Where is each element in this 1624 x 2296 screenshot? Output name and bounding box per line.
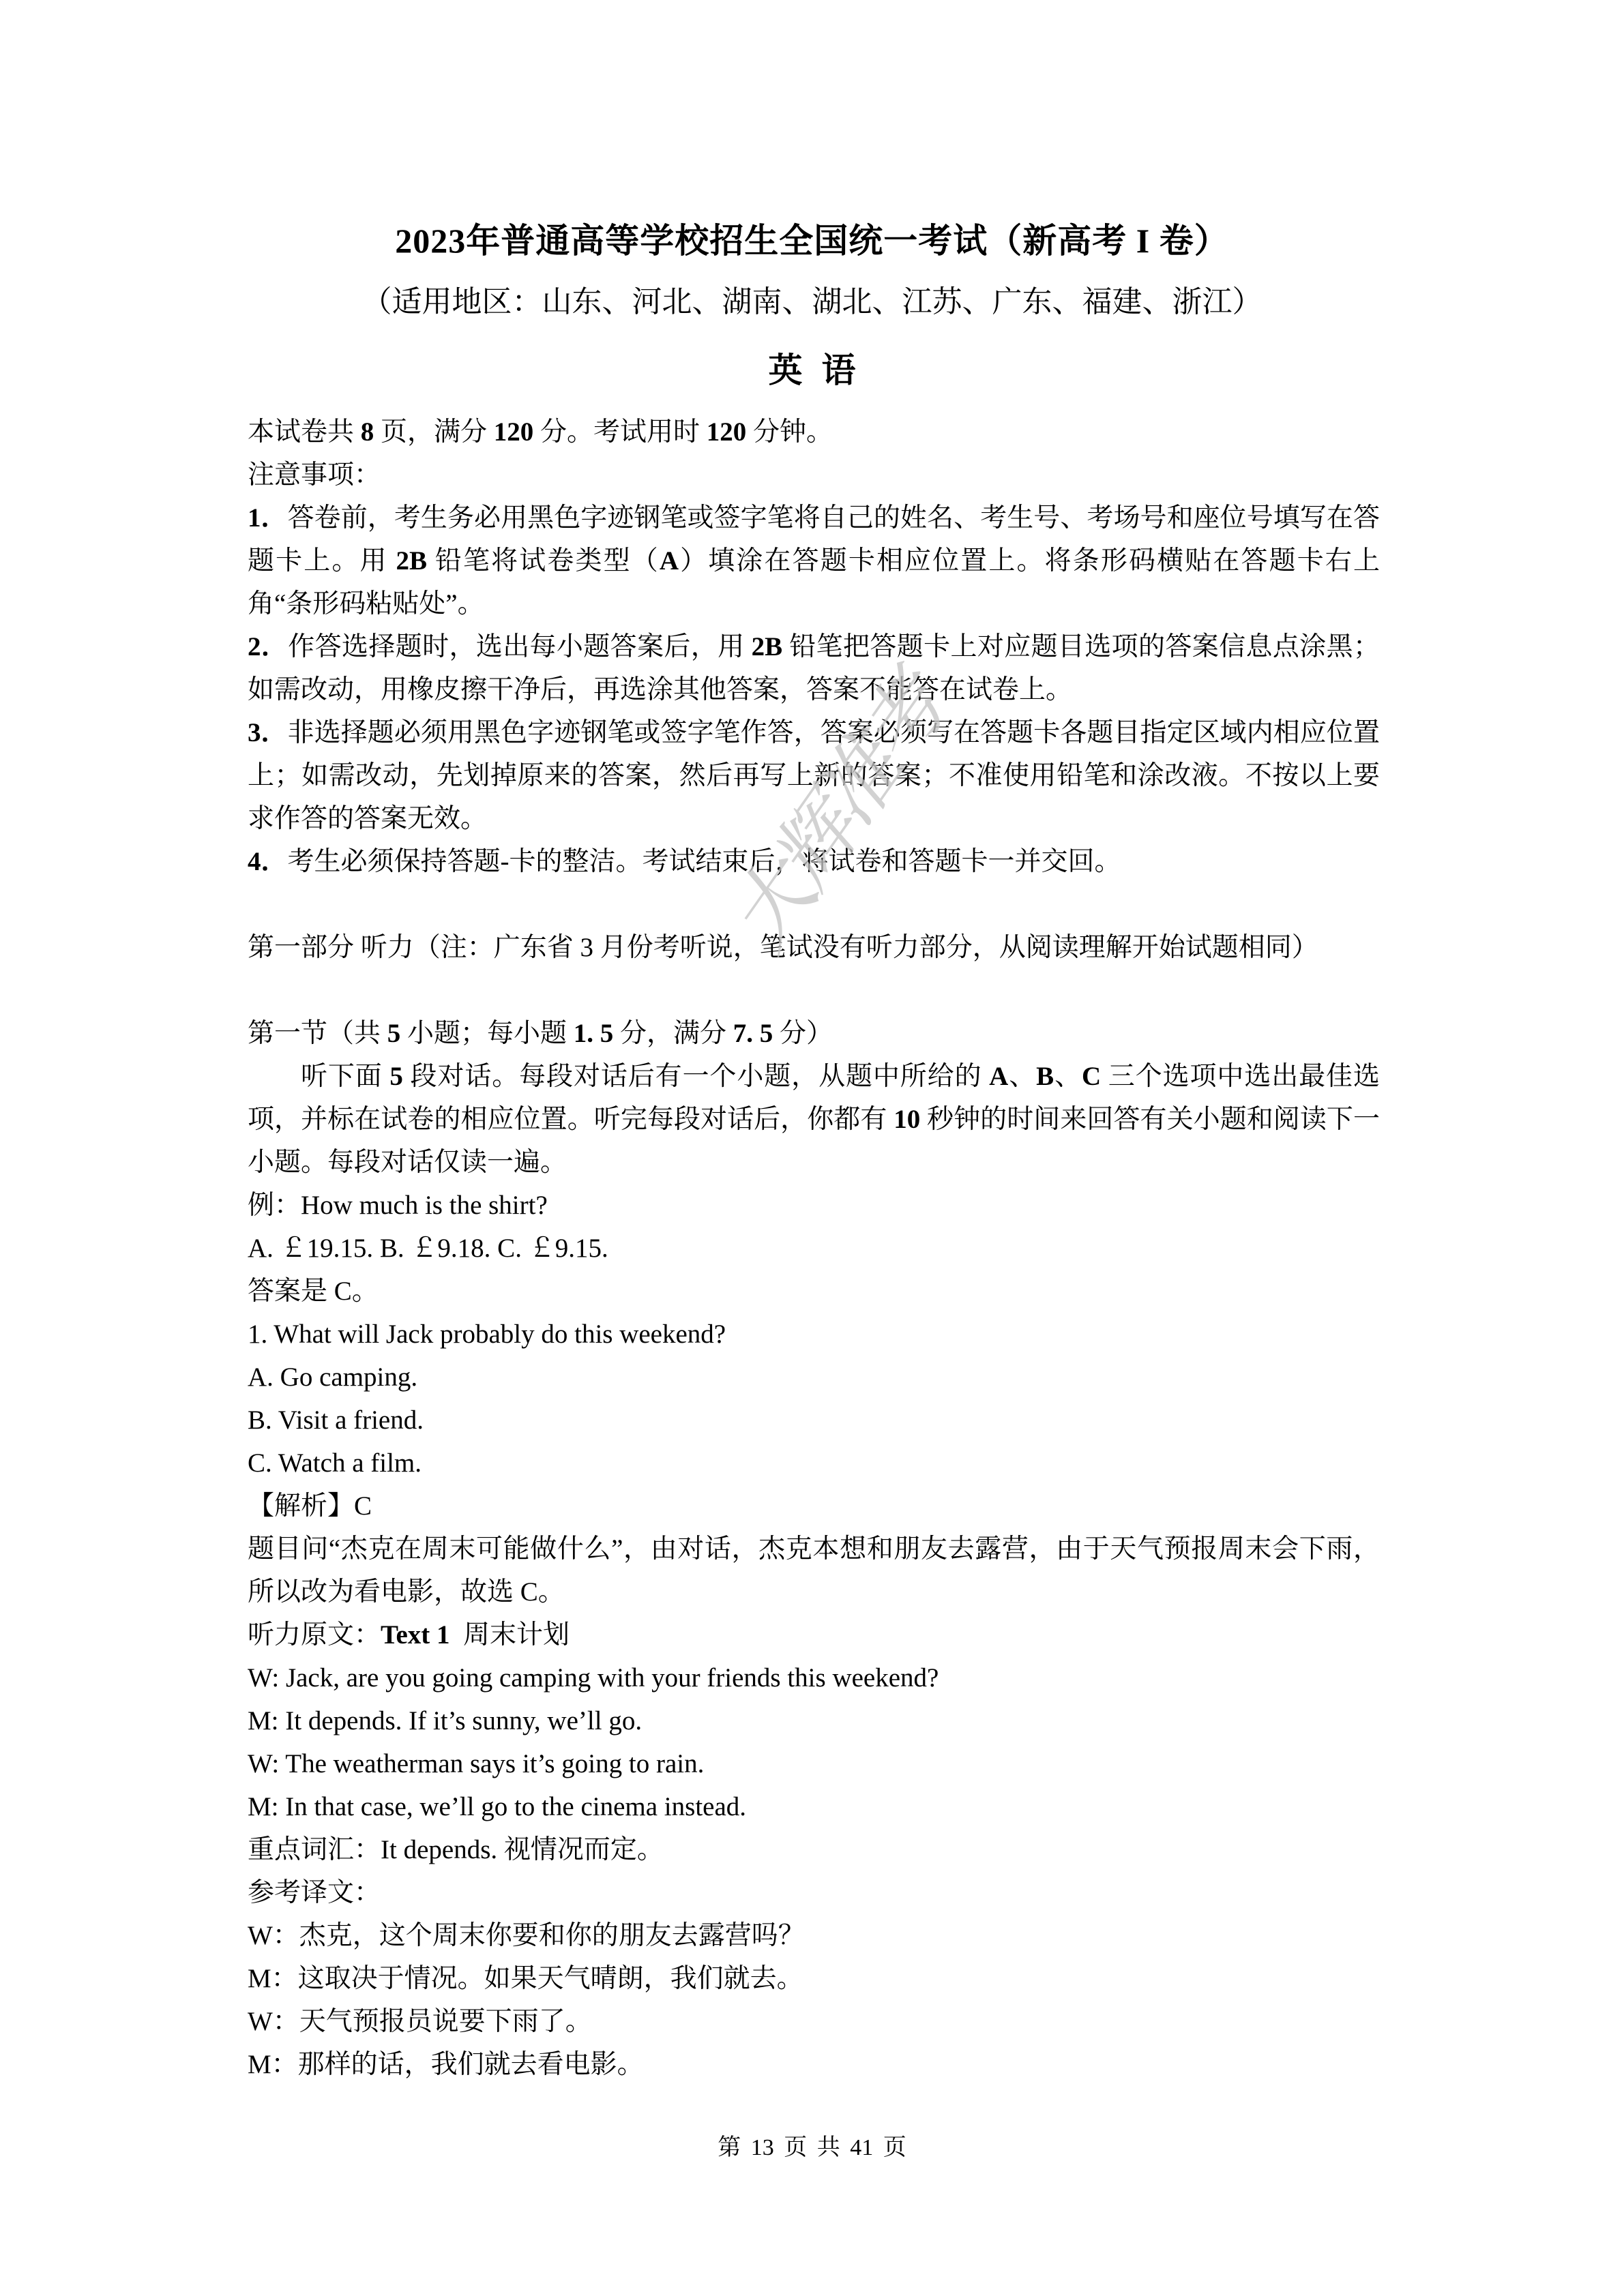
question-1: 1. What will Jack probably do this weeke… xyxy=(248,1313,1380,1356)
spacer xyxy=(248,969,1380,1012)
transcript-line: W: The weatherman says it’s going to rai… xyxy=(248,1742,1380,1785)
transcript-line: M: It depends. If it’s sunny, we’ll go. xyxy=(248,1699,1380,1742)
example-options: A. ￡19.15. B. ￡9.18. C. ￡9.15. xyxy=(248,1227,1380,1270)
notice-item-1: 1．答卷前，考生务必用黑色字迹钢笔或签字笔将自己的姓名、考生号、考场号和座位号填… xyxy=(248,496,1380,625)
page-title: 2023年普通高等学校招生全国统一考试（新高考 I 卷） xyxy=(0,217,1624,265)
exam-info: 本试卷共 8 页，满分 120 分。考试用时 120 分钟。 xyxy=(248,411,1380,453)
notice-item-2: 2．作答选择题时，选出每小题答案后，用 2B 铅笔把答题卡上对应题目选项的答案信… xyxy=(248,625,1380,711)
transcript-line: M: In that case, we’ll go to the cinema … xyxy=(248,1785,1380,1828)
subject-heading: 英语 xyxy=(0,346,1624,394)
translation-line: M：这取决于情况。如果天气晴朗，我们就去。 xyxy=(248,1957,1380,2000)
transcript-line: W: Jack, are you going camping with your… xyxy=(248,1656,1380,1699)
page-number: 第 13 页 共 41 页 xyxy=(0,2133,1624,2163)
transcript-heading: 听力原文：Text 1 周末计划 xyxy=(248,1613,1380,1656)
spacer xyxy=(248,883,1380,926)
section1-instructions: 听下面 5 段对话。每段对话后有一个小题，从题中所给的 A、B、C 三个选项中选… xyxy=(248,1055,1380,1184)
applicable-regions: （适用地区：山东、河北、湖南、湖北、江苏、广东、福建、浙江） xyxy=(0,281,1624,323)
question-1-option-a: A. Go camping. xyxy=(248,1356,1380,1399)
question-1-option-b: B. Visit a friend. xyxy=(248,1399,1380,1442)
analysis-text: 题目问“杰克在周末可能做什么”，由对话，杰克本想和朋友去露营，由于天气预报周末会… xyxy=(248,1527,1380,1613)
translation-line: W：杰克，这个周末你要和你的朋友去露营吗？ xyxy=(248,1914,1380,1957)
section1-heading: 第一节（共 5 小题；每小题 1. 5 分，满分 7. 5 分） xyxy=(248,1012,1380,1055)
example-answer: 答案是 C。 xyxy=(248,1270,1380,1313)
notice-heading: 注意事项： xyxy=(248,453,1380,496)
exam-page: 2023年普通高等学校招生全国统一考试（新高考 I 卷） （适用地区：山东、河北… xyxy=(0,0,1624,2296)
analysis-label: 【解析】C xyxy=(248,1485,1380,1527)
notice-item-3: 3．非选择题必须用黑色字迹钢笔或签字笔作答，答案必须写在答题卡各题目指定区域内相… xyxy=(248,711,1380,840)
translation-label: 参考译文： xyxy=(248,1871,1380,1914)
question-1-option-c: C. Watch a film. xyxy=(248,1442,1380,1485)
part1-heading: 第一部分 听力（注：广东省 3 月份考听说，笔试没有听力部分，从阅读理解开始试题… xyxy=(248,926,1380,969)
notice-item-4: 4．考生必须保持答题-卡的整洁。考试结束后，将试卷和答题卡一并交回。 xyxy=(248,840,1380,883)
example-question: 例：How much is the shirt? xyxy=(248,1184,1380,1227)
key-vocabulary: 重点词汇：It depends. 视情况而定。 xyxy=(248,1828,1380,1871)
document-body: 本试卷共 8 页，满分 120 分。考试用时 120 分钟。 注意事项： 1．答… xyxy=(248,411,1380,2086)
translation-line: M：那样的话，我们就去看电影。 xyxy=(248,2043,1380,2086)
translation-line: W：天气预报员说要下雨了。 xyxy=(248,2000,1380,2043)
